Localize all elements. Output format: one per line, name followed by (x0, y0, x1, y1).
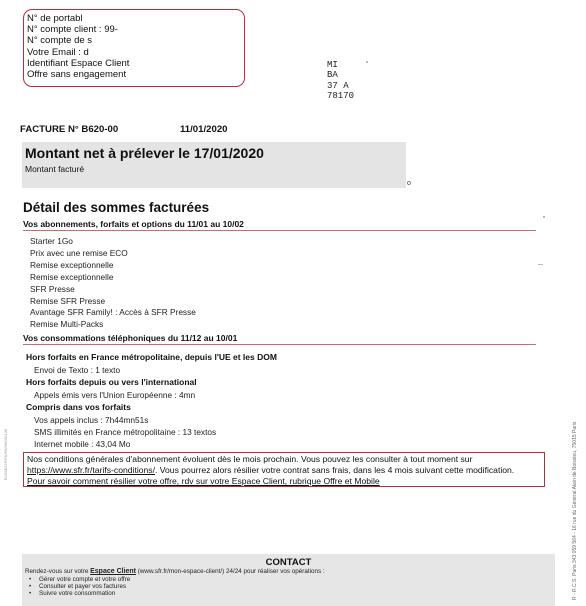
notice-line-2: https://www.sfr.fr/tarifs-conditions/. V… (27, 465, 541, 476)
consumption-item: Vos appels inclus : 7h44mn51s (34, 415, 148, 425)
terms-notice-box: Nos conditions générales d'abonnement év… (23, 452, 545, 487)
email-line: Votre Email : d (27, 47, 244, 58)
mobile-number-line: N° de portabl (27, 13, 244, 24)
invoice-date: 11/01/2020 (180, 124, 228, 135)
consumption-item: SMS illimités en France métropolitaine :… (34, 427, 216, 437)
offer-line: Offre sans engagement (27, 69, 244, 80)
contact-bullet-text: Suivre votre consommation (39, 590, 115, 597)
notice-line-1: Nos conditions générales d'abonnement év… (27, 454, 541, 465)
contact-intro-after: (www.sfr.fr/mon-espace-client/) 24/24 po… (136, 568, 325, 575)
client-account-line: N° compte client : 99- (27, 24, 244, 35)
subscription-item: Remise SFR Presse (30, 296, 105, 306)
contact-bullet-text: Consulter et payer vos factures (39, 583, 126, 590)
bullet-icon: • (25, 576, 39, 583)
client-space-id-line: Identifiant Espace Client (27, 58, 244, 69)
amount-panel: Montant net à prélever le 17/01/2020 Mon… (22, 142, 406, 188)
service-account-line: N° compte de s (27, 35, 244, 46)
consumption-heading: Vos consommations téléphoniques du 11/12… (23, 333, 536, 345)
document-reference-vertical: B1BMD3F/FA/99/68/09/136 (3, 429, 8, 480)
amount-subtitle: Montant facturé (25, 164, 84, 174)
terms-link[interactable]: https://www.sfr.fr/tarifs-conditions/ (27, 465, 155, 475)
cancel-instructions-text: Pour savoir comment résilier votre offre… (27, 476, 380, 486)
consumption-item: Envoi de Texto : 1 texto (34, 365, 120, 375)
legal-mention-vertical: R - R.C.S. Paris 343 059 564 - 16 rue du… (572, 422, 578, 600)
contact-intro: Rendez-vous sur votre Espace Client (www… (25, 568, 325, 575)
address-line: MI (327, 60, 354, 70)
out-of-plan-international-heading: Hors forfaits depuis ou vers l'internati… (26, 377, 197, 387)
scan-speck (366, 61, 368, 63)
bullet-icon: • (25, 590, 39, 597)
contact-intro-before: Rendez-vous sur votre (25, 568, 90, 575)
amount-title: Montant net à prélever le 17/01/2020 (25, 145, 264, 161)
contact-bullet: •Gérer votre compte et votre offre (25, 576, 130, 583)
subscription-item: Remise exceptionnelle (30, 272, 113, 282)
postal-address: MI BA 37 A 78170 (327, 60, 354, 102)
subscription-item: Avantage SFR Family! : Accès à SFR Press… (30, 307, 196, 317)
contact-bullet: •Consulter et payer vos factures (25, 583, 126, 590)
contact-bullet-text: Gérer votre compte et votre offre (39, 576, 130, 583)
scan-speck (543, 216, 545, 218)
address-line: 37 A (327, 81, 354, 91)
out-of-plan-france-heading: Hors forfaits en France métropolitaine, … (26, 352, 277, 362)
subscription-item: Prix avec une remise ECO (30, 248, 128, 258)
invoice-number: FACTURE N° B620-00 (20, 124, 118, 135)
scan-speck (538, 264, 543, 265)
amount-value-fragment: o (407, 180, 411, 187)
contact-panel: CONTACT Rendez-vous sur votre Espace Cli… (22, 554, 555, 606)
notice-line-3: Pour savoir comment résilier votre offre… (27, 476, 541, 487)
subscription-item: Starter 1Go (30, 236, 73, 246)
contact-bullet: •Suivre votre consommation (25, 590, 115, 597)
notice-line-2-text: . Vous pourrez alors résilier votre cont… (155, 465, 514, 475)
detail-title: Détail des sommes facturées (23, 200, 209, 215)
client-space-link[interactable]: Espace Client (90, 568, 136, 575)
account-info-box: N° de portabl N° compte client : 99- N° … (23, 9, 245, 87)
included-heading: Compris dans vos forfaits (26, 402, 131, 412)
bullet-icon: • (25, 583, 39, 590)
subscription-item: Remise exceptionnelle (30, 260, 113, 270)
consumption-item: Appels émis vers l'Union Européenne : 4m… (34, 390, 195, 400)
contact-title: CONTACT (22, 557, 555, 568)
consumption-item: Internet mobile : 43,04 Mo (34, 439, 130, 449)
address-line: BA (327, 70, 354, 80)
subscription-item: Remise Multi-Packs (30, 319, 103, 329)
subscriptions-heading: Vos abonnements, forfaits et options du … (23, 219, 536, 231)
address-line: 78170 (327, 91, 354, 101)
subscription-item: SFR Presse (30, 284, 75, 294)
